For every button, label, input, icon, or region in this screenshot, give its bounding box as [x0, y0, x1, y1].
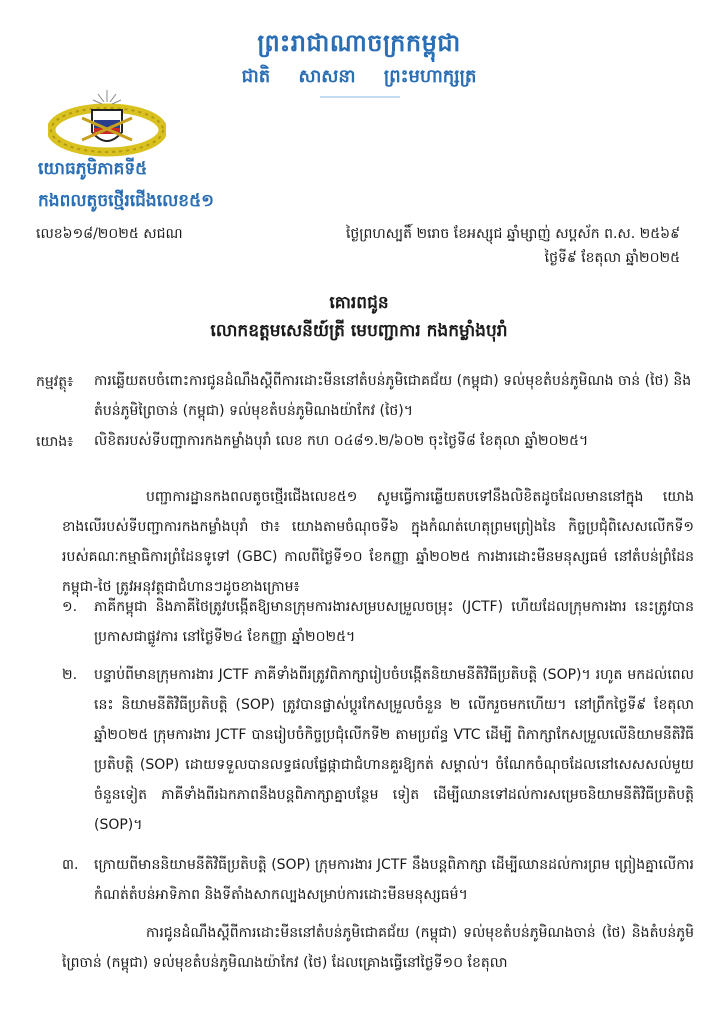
closing-paragraph: ការជូនដំណឹងស្តីពីការដោះមីននៅតំបន់ភូមិជោគ…: [62, 918, 694, 978]
solar-date: ថ្ងៃទី៩ ខែតុលា ឆ្នាំ២០២៥: [545, 248, 680, 269]
list-item-text: ក្រោយពីមាននិយាមនីតិវិធីប្រតិបត្តិ (SOP) …: [94, 850, 694, 910]
list-item-number: ២.: [62, 660, 77, 690]
motto-divider: [320, 96, 400, 98]
list-item-number: ៣.: [62, 850, 78, 880]
reference-text: លិខិតរបស់ទីបញ្ជាការកងកម្លាំងបុរាំ លេខ កហ…: [94, 426, 704, 456]
addressee-label: គោរពជូន: [0, 292, 718, 317]
national-motto: ជាតិ សាសនា ព្រះមហាក្សត្រ: [0, 64, 718, 91]
lunar-date: ថ្ងៃព្រហស្បតិ៍ ២រោច ខែអស្សុជ ឆ្នាំម្សាញ់…: [346, 224, 680, 245]
unit-name-line2: កងពលតូចថ្មើរជើងលេខ៥១: [38, 190, 214, 215]
reference-number: លេខ៦១៨/២០២៥ សជណ: [36, 224, 183, 245]
reference-label: យោង៖: [36, 432, 73, 453]
military-emblem-icon: [48, 88, 166, 160]
unit-name-line1: យោធភូមិភាគទី៥: [38, 158, 147, 183]
intro-paragraph: បញ្ជាការដ្ឋានកងពលតូចថ្មើរជើងលេខ៥១ សូមធ្វ…: [62, 482, 694, 602]
recipient-title: លោកឧត្តមសេនីយ៍ត្រី មេបញ្ជាការ កងកម្លាំងប…: [0, 320, 718, 345]
kingdom-heading: ព្រះរាជាណាចក្រកម្ពុជា: [0, 28, 718, 63]
subject-label: កម្មវត្ថុ៖: [36, 372, 73, 393]
subject-text: ការឆ្លើយតបចំពោះការជូនដំណឹងស្តីពីការដោះមី…: [94, 366, 694, 426]
list-item-text: បន្ទាប់ពីមានក្រុមការងារ JCTF ភាគីទាំងពីរ…: [94, 660, 694, 840]
list-item-number: ១.: [62, 592, 77, 622]
list-item-text: ភាគីកម្ពុជា និងភាគីថៃត្រូវបង្កើតឱ្យមានក្…: [94, 592, 694, 652]
